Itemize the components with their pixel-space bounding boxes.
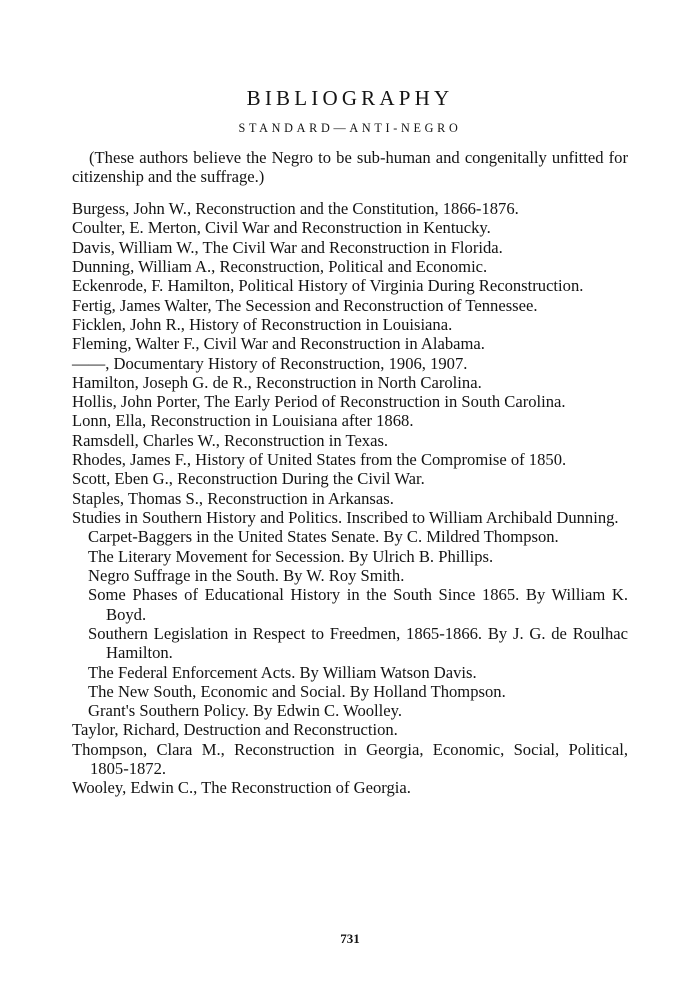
bibliography-entry: Eckenrode, F. Hamilton, Political Histor… [72,276,628,295]
bibliography-entry: Ramsdell, Charles W., Reconstruction in … [72,431,628,450]
bibliography-entry: Fleming, Walter F., Civil War and Recons… [72,334,628,353]
bibliography-entry: Thompson, Clara M., Reconstruction in Ge… [72,740,628,779]
bibliography-entry: Davis, William W., The Civil War and Rec… [72,238,628,257]
bibliography-entry: ——, Documentary History of Reconstructio… [72,354,628,373]
bibliography-entry: Wooley, Edwin C., The Reconstruction of … [72,778,628,797]
bibliography-subentry: The Literary Movement for Secession. By … [72,547,628,566]
bibliography-entry: Dunning, William A., Reconstruction, Pol… [72,257,628,276]
bibliography-subentry: Carpet-Baggers in the United States Sena… [72,527,628,546]
bibliography-subentry: Negro Suffrage in the South. By W. Roy S… [72,566,628,585]
bibliography-entry: Studies in Southern History and Politics… [72,508,628,527]
bibliography-entry: Fertig, James Walter, The Secession and … [72,296,628,315]
bibliography-subentry: The New South, Economic and Social. By H… [72,682,628,701]
bibliography-entry: Taylor, Richard, Destruction and Reconst… [72,720,628,739]
bibliography-entry: Ficklen, John R., History of Reconstruct… [72,315,628,334]
bibliography-subentry: The Federal Enforcement Acts. By William… [72,663,628,682]
bibliography-entry: Coulter, E. Merton, Civil War and Recons… [72,218,628,237]
section-heading: STANDARD—ANTI-NEGRO [72,121,628,136]
page-title: BIBLIOGRAPHY [72,86,628,111]
bibliography-subentry: Some Phases of Educational History in th… [72,585,628,624]
page-number: 731 [72,931,628,947]
section-intro: (These authors believe the Negro to be s… [72,148,628,187]
bibliography-entry: Scott, Eben G., Reconstruction During th… [72,469,628,488]
bibliography-subentry: Southern Legislation in Respect to Freed… [72,624,628,663]
bibliography-entry: Staples, Thomas S., Reconstruction in Ar… [72,489,628,508]
bibliography-entry: Rhodes, James F., History of United Stat… [72,450,628,469]
bibliography-entry: Hollis, John Porter, The Early Period of… [72,392,628,411]
bibliography-list: Burgess, John W., Reconstruction and the… [72,199,628,798]
bibliography-entry: Lonn, Ella, Reconstruction in Louisiana … [72,411,628,430]
bibliography-entry: Hamilton, Joseph G. de R., Reconstructio… [72,373,628,392]
bibliography-subentry: Grant's Southern Policy. By Edwin C. Woo… [72,701,628,720]
bibliography-entry: Burgess, John W., Reconstruction and the… [72,199,628,218]
